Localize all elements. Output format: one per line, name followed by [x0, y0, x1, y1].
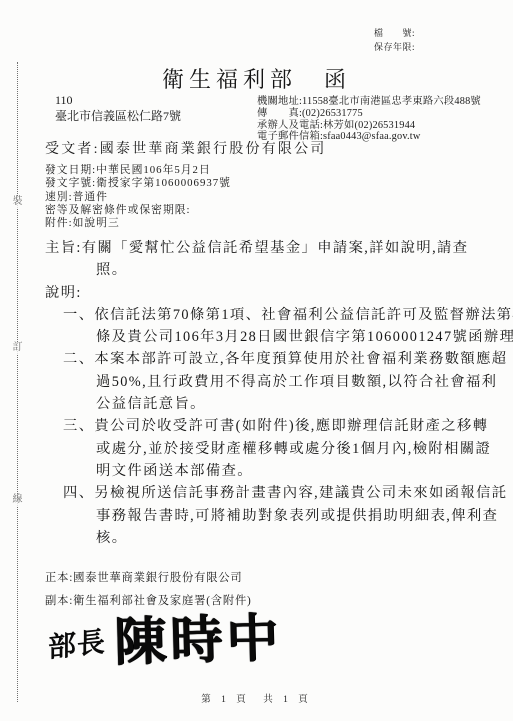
- item-3-line-2: 或處分,並於接受財產權移轉或處分後1個月內,檢附相關證: [45, 438, 497, 460]
- item-3-line-1: 三、貴公司於收受許可書(如附件)後,應即辦理信託財產之移轉: [45, 415, 497, 437]
- page-number: 第 1 頁 共 1 頁: [0, 691, 513, 705]
- item-4-line-3: 核。: [45, 527, 497, 549]
- item-2-line-2: 過50%,且行政費用不得高於工作項目數額,以符合社會福利: [45, 371, 497, 393]
- document-title: 衛生福利部 函: [0, 63, 513, 94]
- item-1-line-2: 條及貴公司106年3月28日國世銀信字第1060001247號函辦理。: [45, 326, 497, 348]
- signature-name: 陳時中: [113, 596, 283, 675]
- minister-signature: 部長 陳時中: [48, 598, 282, 673]
- document-meta-block: 發文日期:中華民國106年5月2日 發文字號:衛授家字第1060006937號 …: [45, 164, 231, 230]
- agency-fax: 傳 真:(02)26531775: [257, 108, 481, 120]
- scanned-official-letter: 裝 訂 線 檔 號: 保存年限: 衛生福利部 函 110 臺北市信義區松仁路7號…: [0, 0, 513, 721]
- item-3-line-3: 明文件函送本部備查。: [45, 460, 497, 482]
- agency-contact: 承辦人及電話:林芳如(02)26531944: [257, 120, 481, 132]
- letter-body: 主旨:有關「愛幫忙公益信託希望基金」申請案,詳如說明,請查 照。 說明: 一、依…: [45, 237, 497, 549]
- issue-number: 發文字號:衛授家字第1060006937號: [45, 177, 231, 190]
- recipient-line: 受文者:國泰世華商業銀行股份有限公司: [45, 138, 327, 158]
- item-4-line-1: 四、另檢視所送信託事務計畫書內容,建議貴公司未來如函報信託: [45, 482, 497, 504]
- retention-period-label: 保存年限:: [374, 40, 415, 54]
- binding-dotted-line: [17, 62, 18, 702]
- subject-line-cont: 照。: [45, 259, 497, 281]
- subject-line: 主旨:有關「愛幫忙公益信託希望基金」申請案,詳如說明,請查: [45, 237, 497, 259]
- issue-date: 發文日期:中華民國106年5月2日: [45, 164, 231, 177]
- delivery-speed: 速別:普通件: [45, 191, 231, 204]
- archive-labels: 檔 號: 保存年限:: [374, 26, 415, 54]
- security-classification: 密等及解密條件或保密期限:: [45, 204, 231, 217]
- attachment-note: 附件:如說明三: [45, 217, 231, 230]
- agency-info-block: 機關地址:11558臺北市南港區忠孝東路六段488號 傳 真:(02)26531…: [257, 96, 481, 143]
- sender-zip: 110: [55, 92, 181, 108]
- item-1-line-1: 一、依信託法第70條第1項、社會福利公益信託許可及監督辦法第4: [45, 304, 497, 326]
- item-2-line-3: 公益信託意旨。: [45, 393, 497, 415]
- explanation-label: 說明:: [45, 282, 497, 304]
- agency-address: 機關地址:11558臺北市南港區忠孝東路六段488號: [257, 96, 481, 108]
- sender-address: 臺北市信義區松仁路7號: [55, 108, 181, 124]
- item-2-line-1: 二、本案本部許可設立,各年度預算使用於社會福利業務數額應超: [45, 348, 497, 370]
- sender-address-block: 110 臺北市信義區松仁路7號: [55, 92, 181, 124]
- signature-title: 部長: [48, 619, 106, 665]
- file-number-label: 檔 號:: [374, 26, 415, 40]
- item-4-line-2: 事務報告書時,可將補助對象表列或提供捐助明細表,俾利查: [45, 505, 497, 527]
- binding-mark-xian: 線: [11, 494, 24, 506]
- binding-mark-ding: 訂: [11, 342, 24, 354]
- binding-mark-zhuang: 裝: [11, 196, 24, 208]
- original-copy-line: 正本:國泰世華商業銀行股份有限公司: [45, 567, 252, 590]
